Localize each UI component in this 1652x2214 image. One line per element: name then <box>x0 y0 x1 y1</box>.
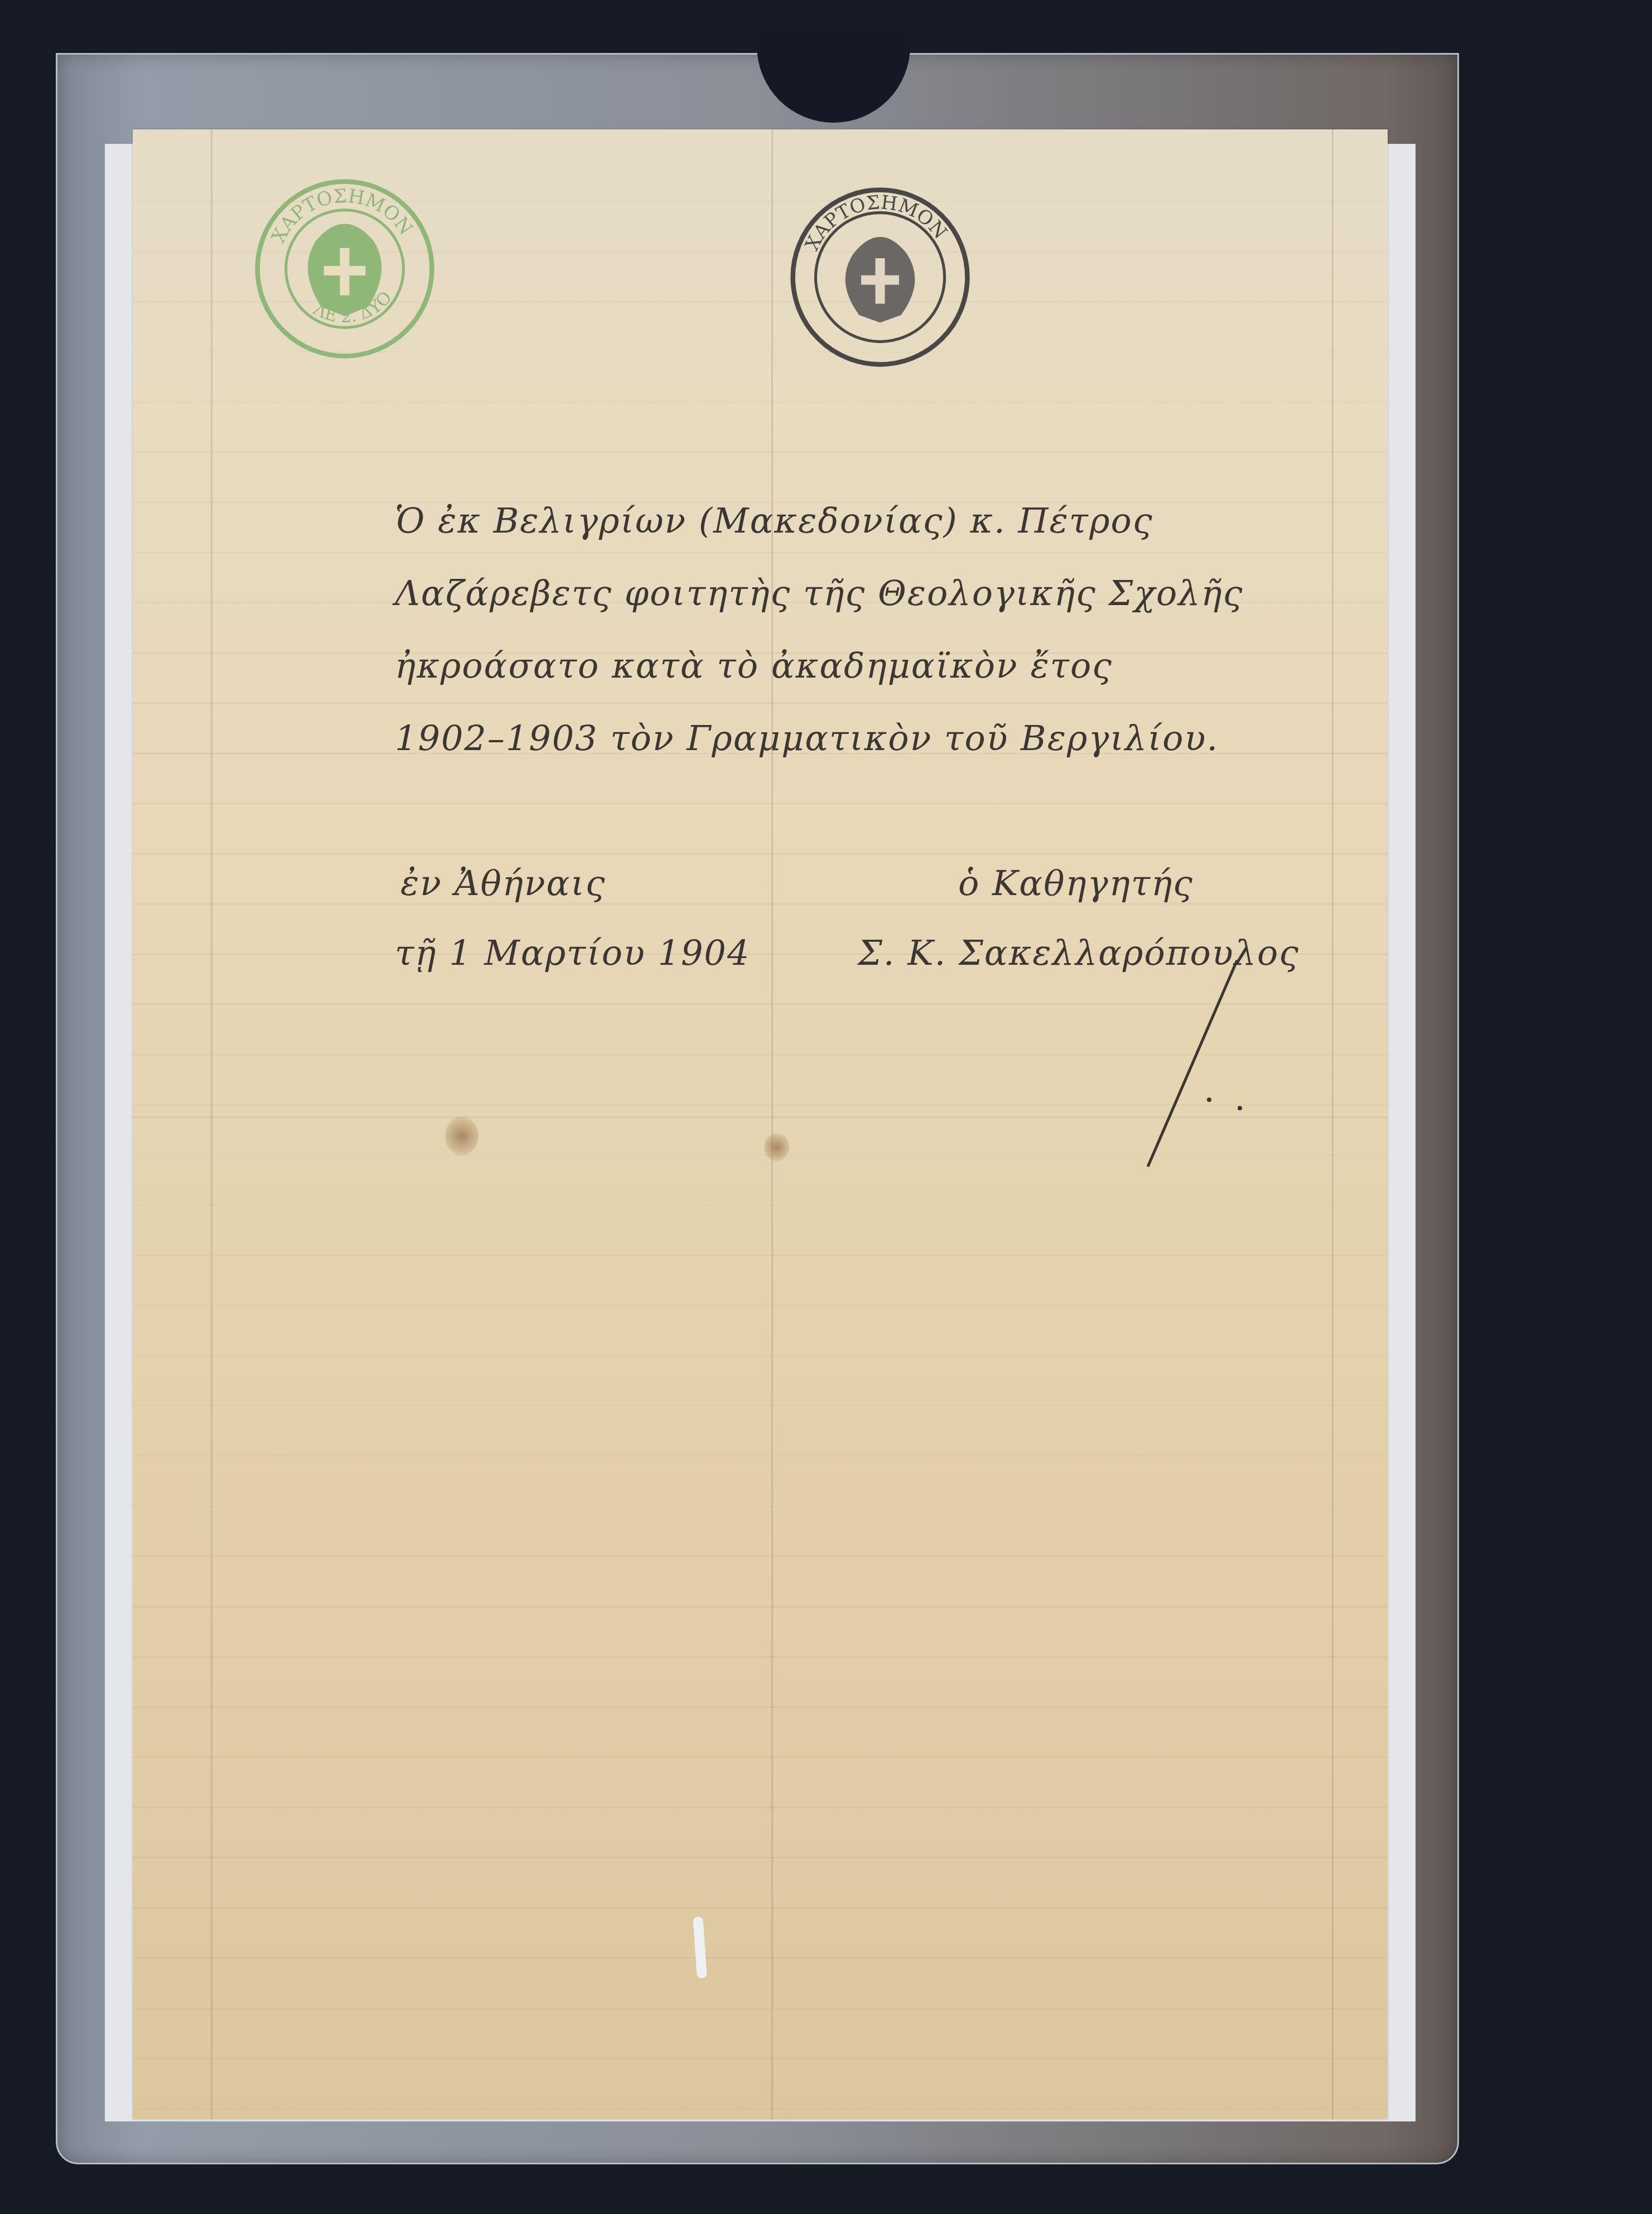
coat-of-arms-icon: ΧΑΡΤΟΣΗΜΟΝ ΛΕ 2. ΔΥΟ <box>250 174 439 364</box>
margin-line <box>211 129 212 2119</box>
document-paper: ΧΑΡΤΟΣΗΜΟΝ ΛΕ 2. ΔΥΟ ΧΑΡΤΟΣΗΜΟΝ Ὁ ἐκ Βελ… <box>133 129 1388 2119</box>
foxing-stain <box>764 1133 789 1161</box>
place-line: ἐν Ἀθήναις <box>400 863 606 903</box>
signatory-title: ὁ Καθηγητής <box>958 863 1194 903</box>
foxing-stain <box>445 1116 479 1156</box>
black-revenue-stamp: ΧΑΡΤΟΣΗΜΟΝ <box>785 182 975 372</box>
signature-flourish <box>1137 955 1248 1178</box>
body-line-2: Λαζάρεβετς φοιτητὴς τῆς Θεολογικῆς Σχολῆ… <box>395 573 1243 613</box>
center-rule <box>771 129 773 2119</box>
date-line: τῇ 1 Μαρτίου 1904 <box>395 932 750 973</box>
body-line-4: 1902–1903 τὸν Γραμματικὸν τοῦ Βεργιλίου. <box>395 718 1219 758</box>
body-line-1: Ὁ ἐκ Βελιγρίων (Μακεδονίας) κ. Πέτρος <box>395 500 1153 541</box>
margin-line <box>1332 129 1334 2119</box>
surface-scratch <box>693 1917 707 1979</box>
body-line-3: ἠκροάσατο κατὰ τὸ ἀκαδημαϊκὸν ἔτος <box>395 645 1113 686</box>
green-revenue-stamp: ΧΑΡΤΟΣΗΜΟΝ ΛΕ 2. ΔΥΟ <box>250 174 439 364</box>
coat-of-arms-icon: ΧΑΡΤΟΣΗΜΟΝ <box>785 182 975 372</box>
